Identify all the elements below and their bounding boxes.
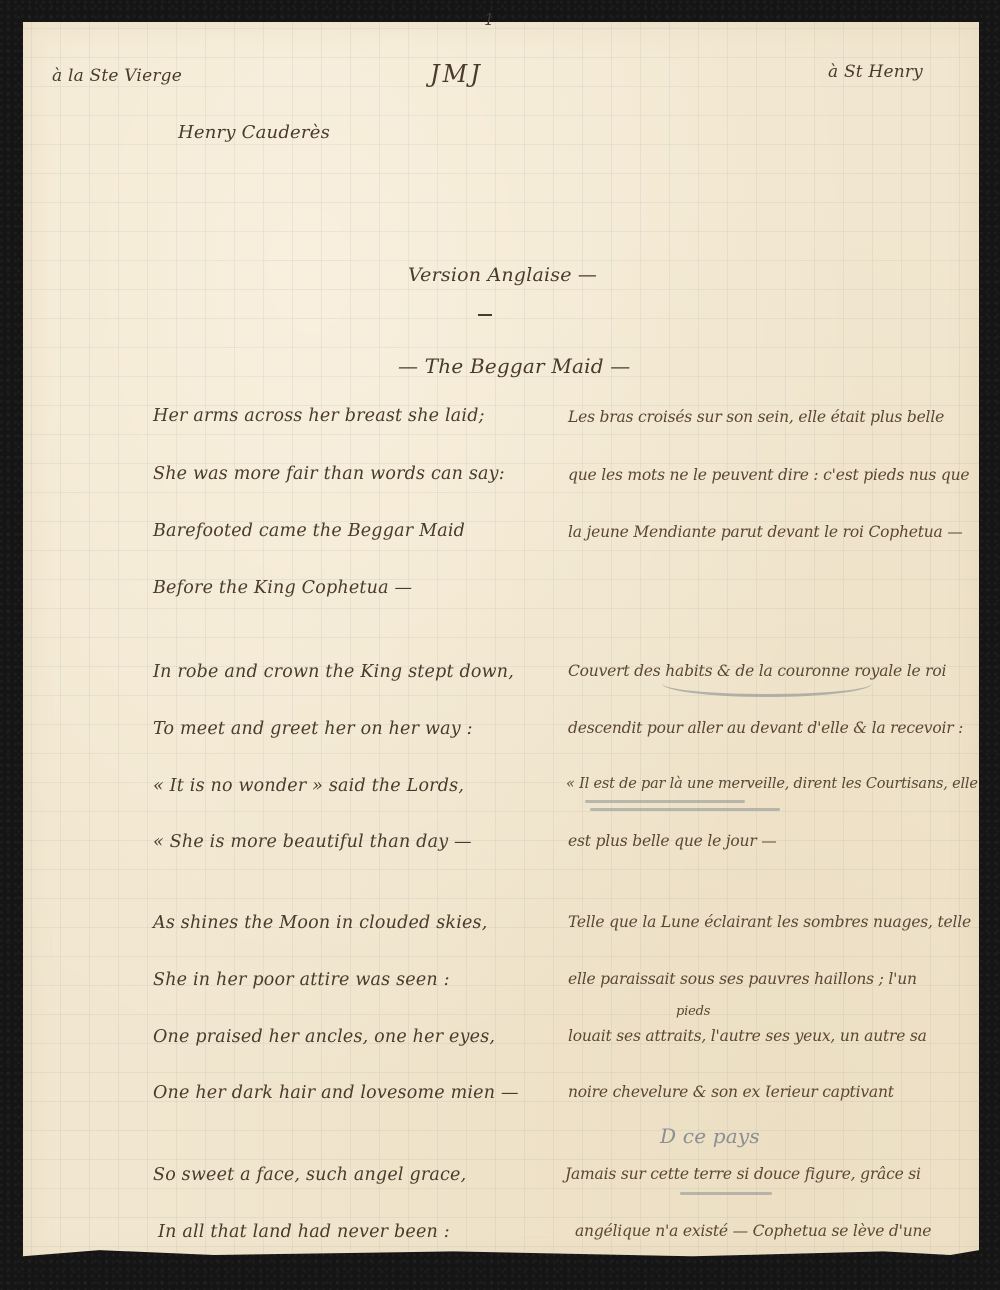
pencil-underline (590, 808, 780, 811)
pencil-underline (680, 1192, 772, 1195)
english-line: As shines the Moon in clouded skies, (153, 913, 488, 933)
poem-title: — The Beggar Maid — (398, 354, 631, 378)
french-line: Les bras croisés sur son sein, elle étai… (568, 408, 944, 426)
english-line: One her dark hair and lovesome mien — (153, 1083, 519, 1103)
english-line: Barefooted came the Beggar Maid (153, 521, 465, 541)
english-line: In robe and crown the King stept down, (153, 662, 514, 682)
english-line: So sweet a face, such angel grace, (153, 1165, 466, 1185)
french-line: angélique n'a existé — Cophetua se lève … (575, 1222, 931, 1240)
english-line: Her arms across her breast she laid; (153, 406, 485, 426)
english-line: Before the King Cophetua — (153, 578, 412, 598)
manuscript-page (23, 22, 979, 1265)
french-line: louait ses attraits, l'autre ses yeux, u… (568, 1027, 927, 1045)
french-line: noire chevelure & son ex Ɩerieur captiva… (568, 1083, 894, 1101)
page-number: 1 (484, 10, 494, 29)
english-line: She was more fair than words can say: (153, 464, 505, 484)
jmj-monogram: JMJ (430, 60, 483, 88)
inserted-correction: pieds (676, 1004, 710, 1019)
french-line: Jamais sur cette terre si douce figure, … (565, 1165, 921, 1183)
french-line: est plus belle que le jour — (568, 832, 777, 850)
dedication-left: à la Ste Vierge (52, 66, 182, 86)
author-name: Henry Cauderès (178, 122, 330, 143)
french-line: Telle que la Lune éclairant les sombres … (568, 913, 971, 931)
english-line: One praised her ancles, one her eyes, (153, 1027, 495, 1047)
french-line: « Il est de par là une merveille, dirent… (566, 776, 978, 792)
english-line: She in her poor attire was seen : (153, 970, 450, 990)
english-line: To meet and greet her on her way : (153, 719, 473, 739)
french-line: descendit pour aller au devant d'elle & … (568, 719, 963, 737)
pencil-insertion: D ce pays (660, 1124, 760, 1148)
english-line: « It is no wonder » said the Lords, (153, 776, 464, 796)
french-line: que les mots ne le peuvent dire : c'est … (568, 466, 969, 484)
dedication-right: à St Henry (828, 62, 923, 82)
version-heading: Version Anglaise — (408, 264, 597, 286)
heading-separator (478, 314, 492, 316)
english-line: « She is more beautiful than day — (153, 832, 472, 852)
pencil-bracket-mark (662, 670, 872, 697)
pencil-underline (585, 800, 745, 803)
french-line: la jeune Mendiante parut devant le roi C… (568, 523, 963, 541)
english-line: In all that land had never been : (158, 1222, 450, 1242)
french-line: elle paraissait sous ses pauvres haillon… (568, 970, 917, 988)
